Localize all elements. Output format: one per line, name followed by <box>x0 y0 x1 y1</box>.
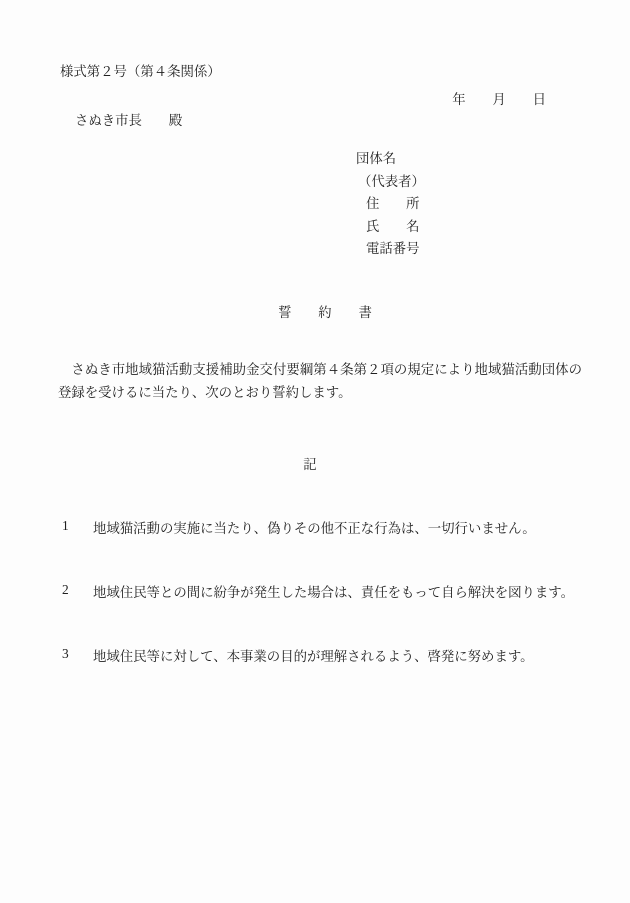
sender-phone-label: 電話番号 <box>356 238 425 261</box>
sender-representative-label: （代表者） <box>356 171 425 194</box>
form-number: 様式第２号（第４条関係） <box>60 61 221 80</box>
document-page: 様式第２号（第４条関係） 年 月 日 さぬき市長 殿 団体名 （代表者） 住 所… <box>0 0 630 903</box>
pledge-item-number: 2 <box>62 582 93 598</box>
pledge-item-number: 1 <box>62 518 93 534</box>
sender-block: 団体名 （代表者） 住 所 氏 名 電話番号 <box>356 148 425 261</box>
body-paragraph: さぬき市地域猫活動支援補助金交付要綱第４条第２項の規定により地域猫活動団体の登録… <box>58 358 582 404</box>
pledge-item: 1 地域猫活動の実施に当たり、偽りその他不正な行為は、一切行いません。 <box>62 518 590 537</box>
addressee-mayor-line: さぬき市長 殿 <box>75 110 182 129</box>
pledge-item-text: 地域住民等に対して、本事業の目的が理解されるよう、啓発に努めます。 <box>93 646 590 665</box>
date-line: 年 月 日 <box>452 89 546 108</box>
pledge-item-text: 地域猫活動の実施に当たり、偽りその他不正な行為は、一切行いません。 <box>93 518 590 537</box>
pledge-item-number: 3 <box>62 646 93 662</box>
pledge-item: 3 地域住民等に対して、本事業の目的が理解されるよう、啓発に努めます。 <box>62 646 590 665</box>
list-heading-ki: 記 <box>0 454 620 473</box>
sender-group-name-label: 団体名 <box>356 148 425 171</box>
pledge-item-text: 地域住民等との間に紛争が発生した場合は、責任をもって自ら解決を図ります。 <box>93 582 590 601</box>
sender-address-label: 住 所 <box>356 193 425 216</box>
pledge-item: 2 地域住民等との間に紛争が発生した場合は、責任をもって自ら解決を図ります。 <box>62 582 590 601</box>
sender-name-label: 氏 名 <box>356 216 425 239</box>
document-title: 誓 約 書 <box>20 302 630 321</box>
